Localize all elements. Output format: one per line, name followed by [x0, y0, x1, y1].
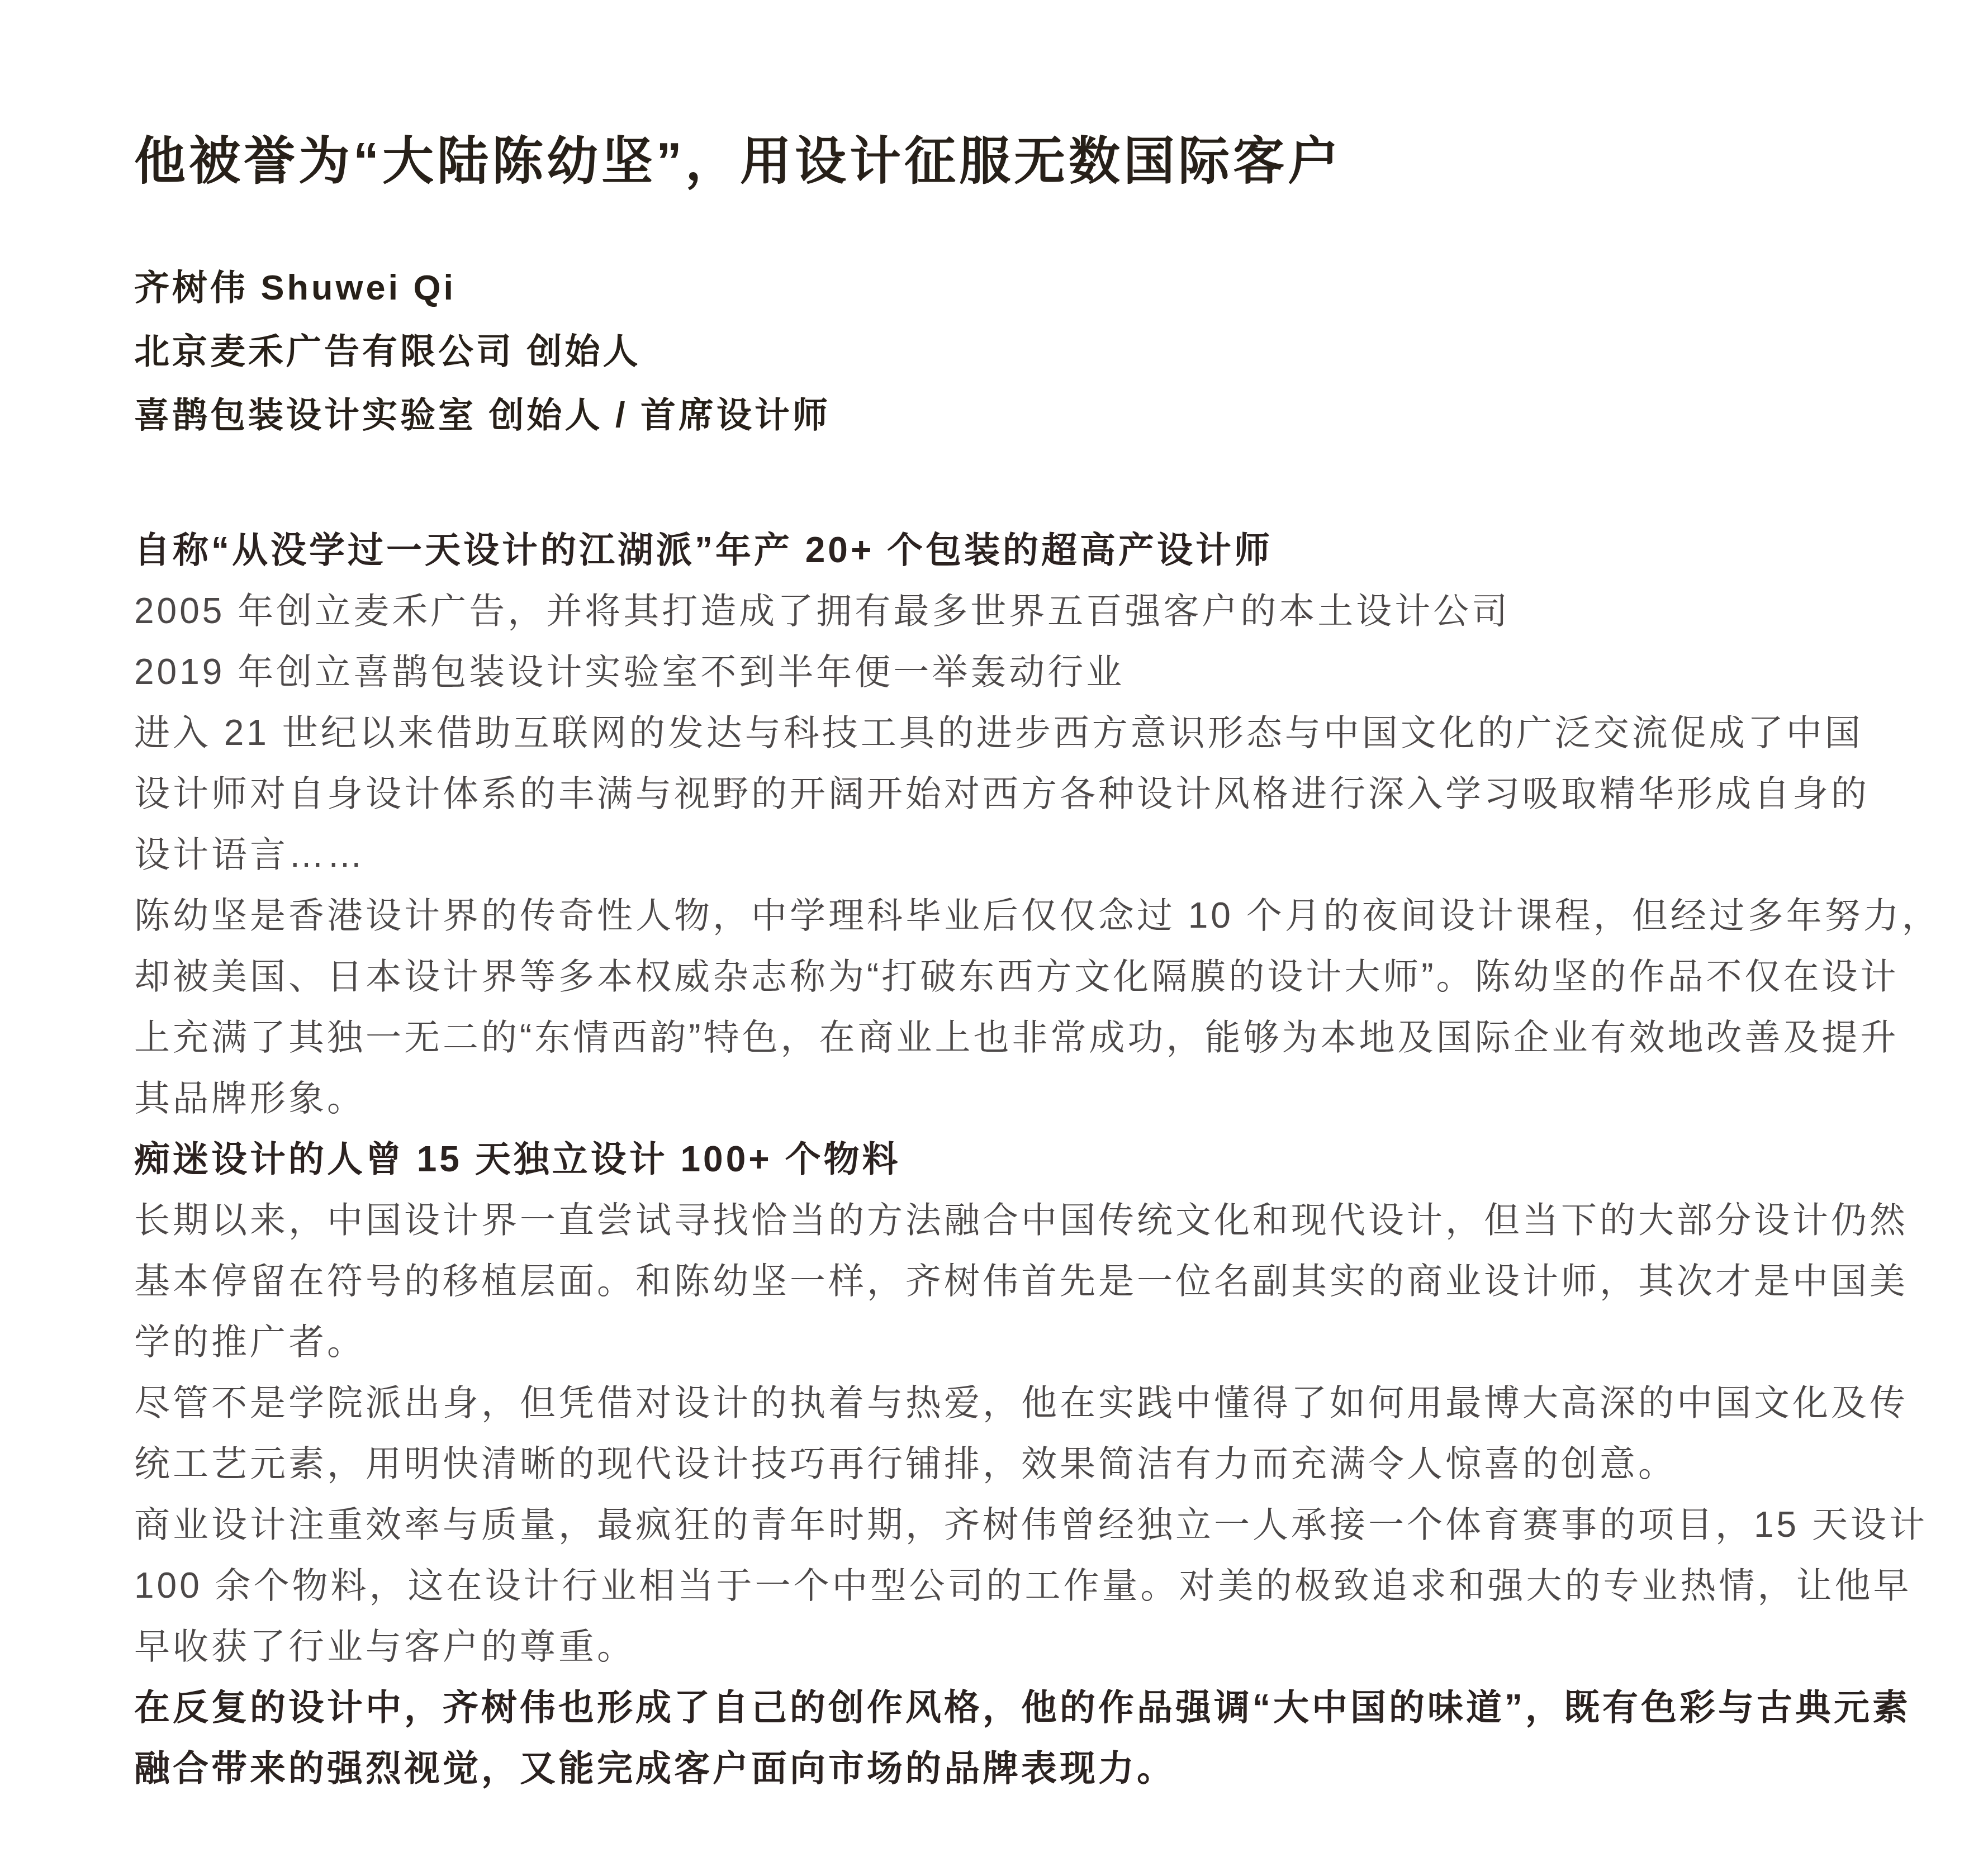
body-heading-line: 在反复的设计中，齐树伟也形成了自己的创作风格，他的作品强调“大中国的味道”，既有… — [134, 1677, 1861, 1738]
body-heading-line: 自称“从没学过一天设计的江湖派”年产 20+ 个包装的超高产设计师 — [134, 520, 1861, 581]
body-heading-line: 痴迷设计的人曾 15 天独立设计 100+ 个物料 — [134, 1129, 1861, 1190]
body-text-line: 2005 年创立麦禾广告，并将其打造成了拥有最多世界五百强客户的本土设计公司 — [134, 581, 1861, 642]
article-body: 自称“从没学过一天设计的江湖派”年产 20+ 个包装的超高产设计师2005 年创… — [134, 520, 1861, 1799]
body-text-line: 尽管不是学院派出身，但凭借对设计的执着与热爱，他在实践中懂得了如何用最博大高深的… — [134, 1372, 1861, 1433]
article-content: 他被誉为“大陆陈幼坚”，用设计征服无数国际客户 齐树伟 Shuwei Qi北京麦… — [134, 0, 1861, 1799]
body-text-line: 早收获了行业与客户的尊重。 — [134, 1616, 1861, 1677]
article-title: 他被誉为“大陆陈幼坚”，用设计征服无数国际客户 — [134, 0, 1861, 193]
body-text-line: 商业设计注重效率与质量，最疯狂的青年时期，齐树伟曾经独立一人承接一个体育赛事的项… — [134, 1494, 1861, 1555]
body-text-line: 设计师对自身设计体系的丰满与视野的开阔开始对西方各种设计风格进行深入学习吸取精华… — [134, 763, 1861, 824]
body-text-line: 长期以来，中国设计界一直尝试寻找恰当的方法融合中国传统文化和现代设计，但当下的大… — [134, 1190, 1861, 1251]
body-text-line: 设计语言…… — [134, 824, 1861, 885]
body-text-line: 陈幼坚是香港设计界的传奇性人物，中学理科毕业后仅仅念过 10 个月的夜间设计课程… — [134, 885, 1861, 946]
body-text-line: 统工艺元素，用明快清晰的现代设计技巧再行铺排，效果简洁有力而充满令人惊喜的创意。 — [134, 1433, 1861, 1494]
body-text-line: 2019 年创立喜鹊包装设计实验室不到半年便一举轰动行业 — [134, 642, 1861, 702]
document-page: 他被誉为“大陆陈幼坚”，用设计征服无数国际客户 齐树伟 Shuwei Qi北京麦… — [0, 0, 1988, 1876]
body-text-line: 进入 21 世纪以来借助互联网的发达与科技工具的进步西方意识形态与中国文化的广泛… — [134, 702, 1861, 763]
author-line: 北京麦禾广告有限公司 创始人 — [134, 320, 1861, 383]
body-text-line: 上充满了其独一无二的“东情西韵”特色，在商业上也非常成功，能够为本地及国际企业有… — [134, 1007, 1861, 1068]
body-text-line: 其品牌形象。 — [134, 1068, 1861, 1129]
author-line: 齐树伟 Shuwei Qi — [134, 256, 1861, 320]
author-block: 齐树伟 Shuwei Qi北京麦禾广告有限公司 创始人喜鹊包装设计实验室 创始人… — [134, 256, 1861, 447]
body-text-line: 100 余个物料，这在设计行业相当于一个中型公司的工作量。对美的极致追求和强大的… — [134, 1555, 1861, 1616]
body-text-line: 基本停留在符号的移植层面。和陈幼坚一样，齐树伟首先是一位名副其实的商业设计师，其… — [134, 1251, 1861, 1312]
author-line: 喜鹊包装设计实验室 创始人 / 首席设计师 — [134, 383, 1861, 447]
body-text-line: 却被美国、日本设计界等多本权威杂志称为“打破东西方文化隔膜的设计大师”。陈幼坚的… — [134, 946, 1861, 1007]
body-text-line: 学的推广者。 — [134, 1312, 1861, 1372]
body-heading-line: 融合带来的强烈视觉，又能完成客户面向市场的品牌表现力。 — [134, 1738, 1861, 1799]
